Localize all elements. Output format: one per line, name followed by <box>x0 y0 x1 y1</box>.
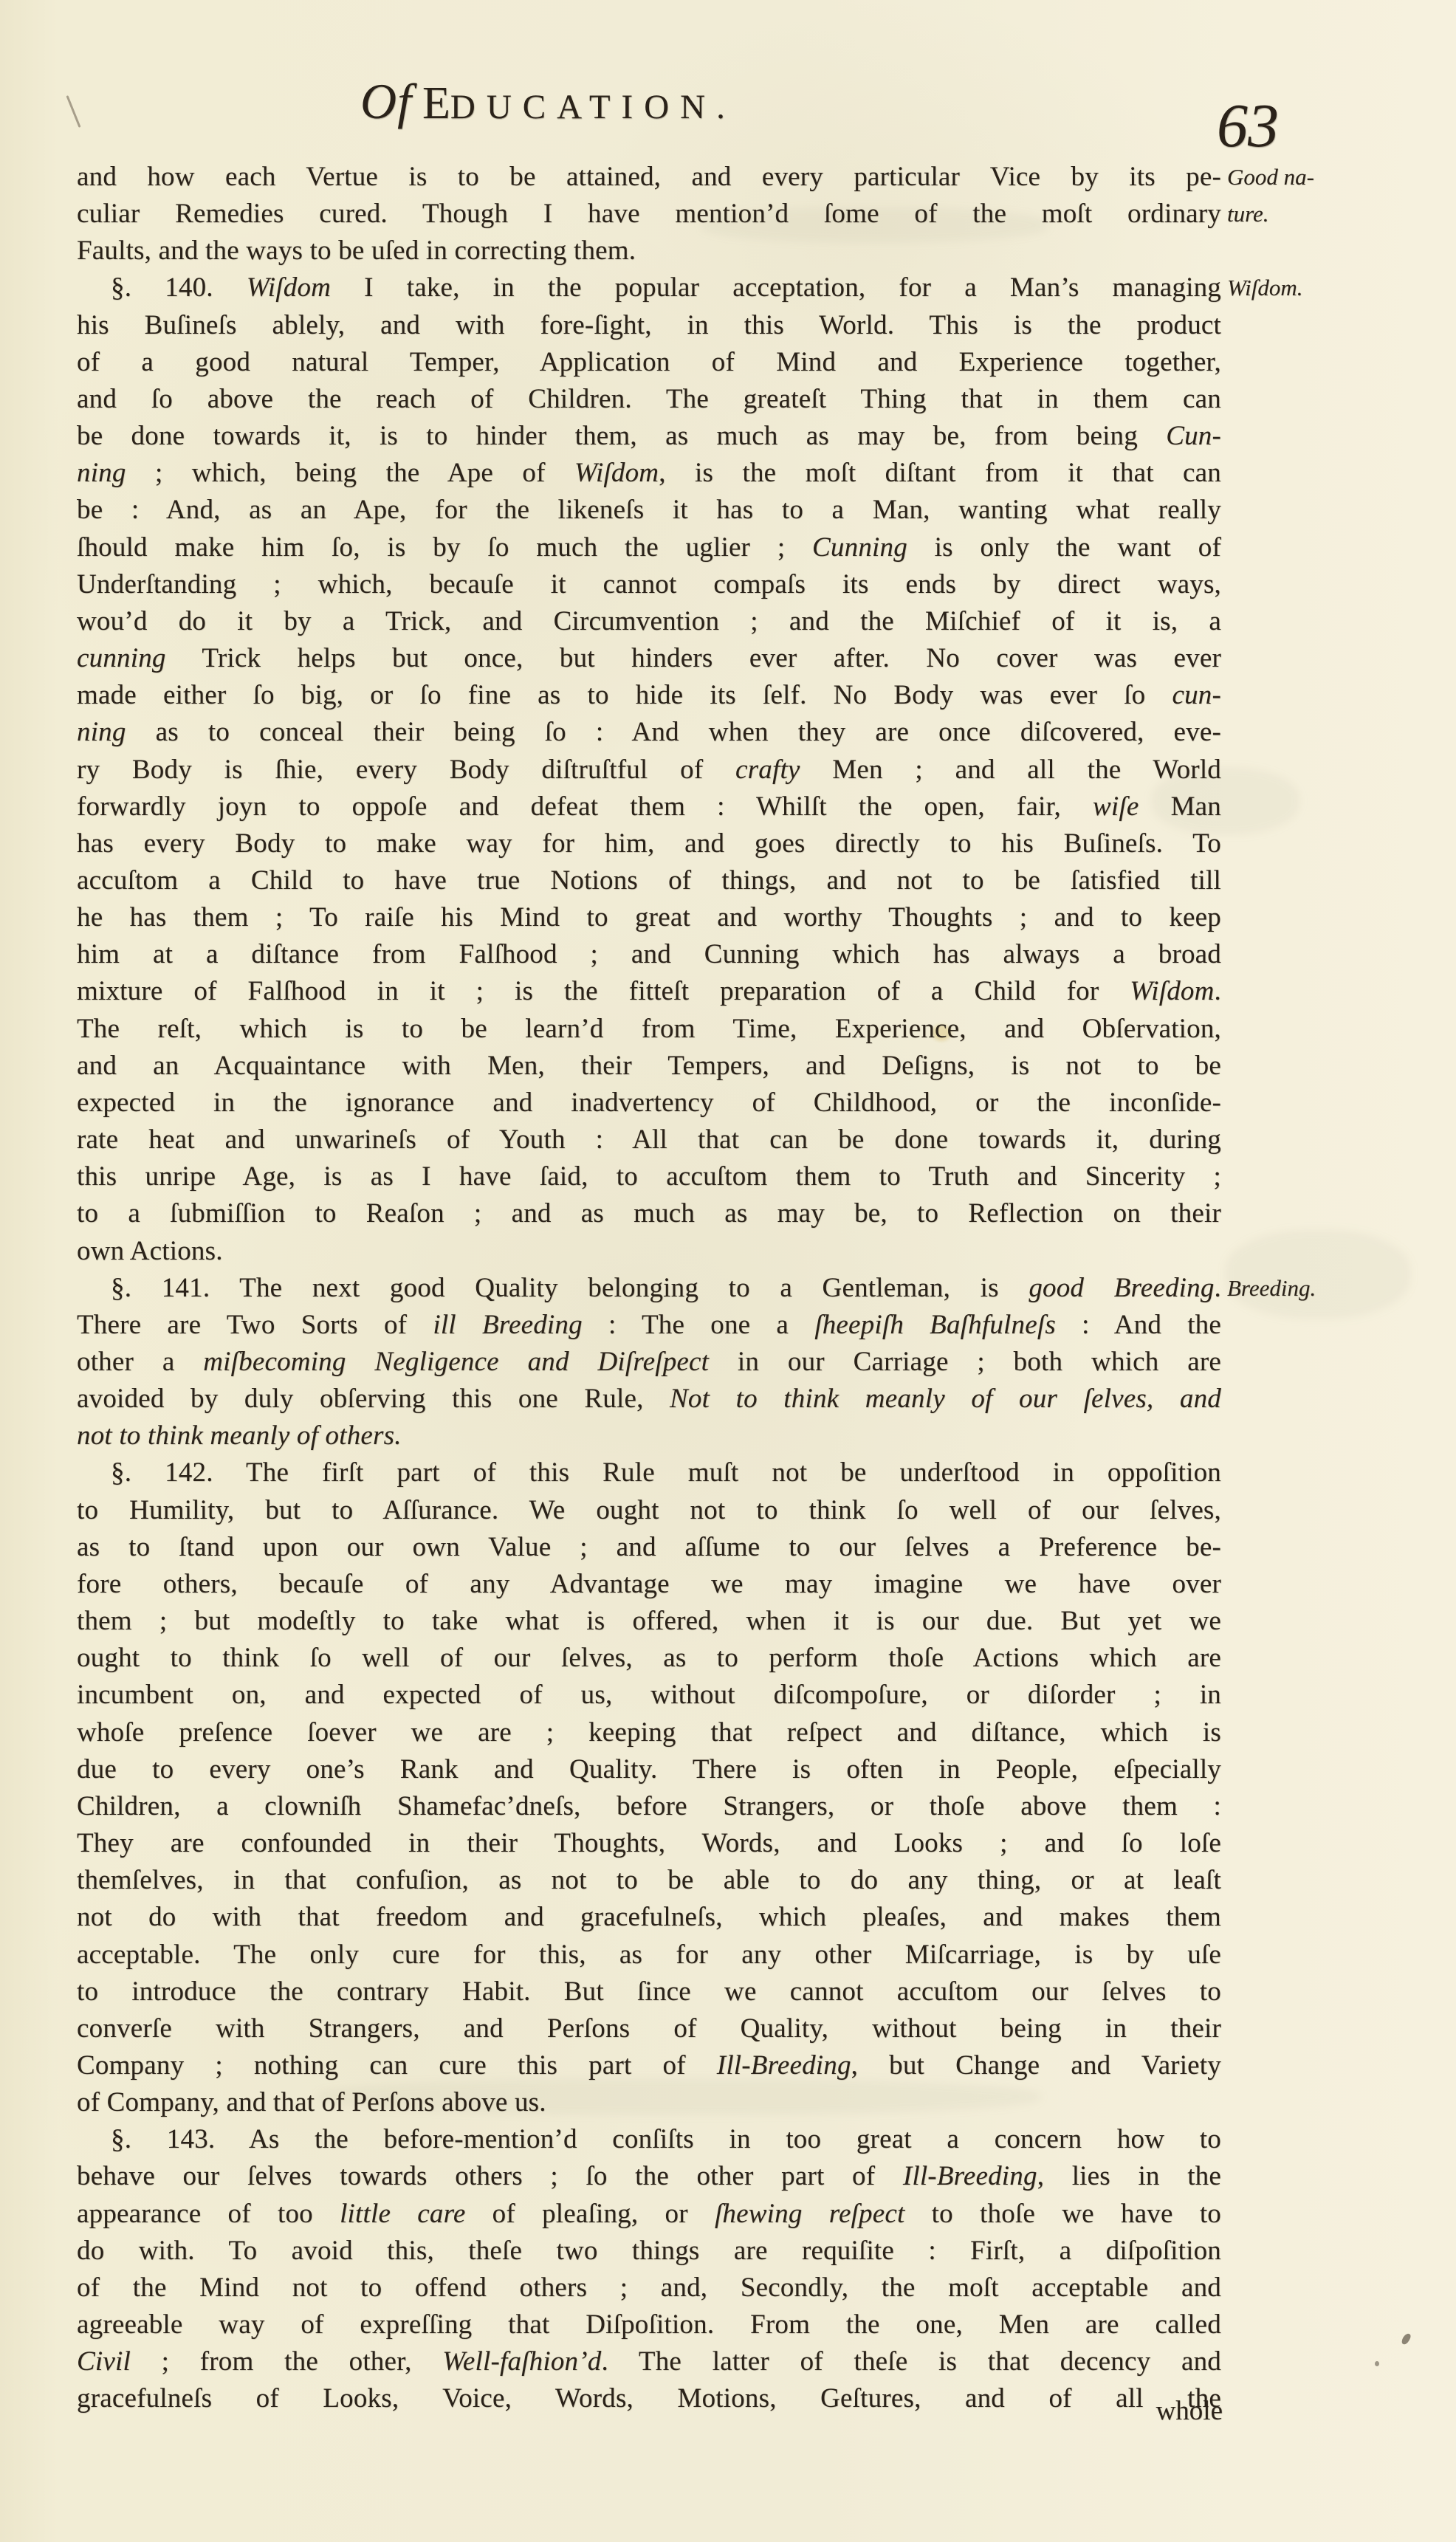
stray-ink-stroke <box>66 95 80 128</box>
text-line: ry Body is ſhie, every Body diſtruſtful … <box>77 752 1221 789</box>
text-line: rate heat and unwarineſs of Youth : All … <box>77 1121 1221 1158</box>
text-line: to introduce the contrary Habit. But ſin… <box>77 1974 1221 2010</box>
text-line: do with. To avoid this, theſe two things… <box>77 2233 1221 2270</box>
text-line: made either ſo big, or ſo fine as to hid… <box>77 677 1221 714</box>
text-line: Civil ; from the other, Well-faſhion’d. … <box>77 2343 1221 2380</box>
text-line: appearance of too little care of pleaſin… <box>77 2196 1221 2233</box>
text-line: be : And, as an Ape, for the likeneſs it… <box>77 492 1221 529</box>
text-line: converſe with Strangers, and Perſons of … <box>77 2010 1221 2047</box>
text-line: incumbent on, and expected of us, withou… <box>77 1677 1221 1714</box>
catchword: whole <box>77 2393 1223 2430</box>
margin-note: Breeding. <box>1227 1270 1316 1307</box>
text-line: ſhould make him ſo, is by ſo much the ug… <box>77 529 1221 566</box>
text-line: agreeable way of expreſſing that Diſpoſi… <box>77 2306 1221 2343</box>
text-line: Company ; nothing can cure this part of … <box>77 2047 1221 2084</box>
text-line: culiar Remedies cured. Though I have men… <box>77 196 1221 233</box>
ink-speck <box>1375 2361 1379 2366</box>
text-line: acceptable. The only cure for this, as f… <box>77 1937 1221 1974</box>
text-line: avoided by duly obſerving this one Rule,… <box>77 1381 1221 1418</box>
text-line: whoſe preſence ſoever we are ; keeping t… <box>77 1714 1221 1751</box>
running-title-of: Of <box>360 73 412 129</box>
text-line: and an Acquaintance with Men, their Temp… <box>77 1048 1221 1085</box>
text-line: accuſtom a Child to have true Notions of… <box>77 862 1221 899</box>
running-title-initial: E <box>422 78 450 128</box>
text-line: ning ; which, being the Ape of Wiſdom, i… <box>77 455 1221 492</box>
text-column: and how each Vertue is to be attained, a… <box>77 159 1221 2418</box>
text-line: §. 140. Wiſdom I take, in the popular ac… <box>77 269 1221 306</box>
text-line: forwardly joyn to oppoſe and defeat them… <box>77 789 1221 825</box>
text-line: §. 142. The firſt part of this Rule muſt… <box>77 1454 1221 1491</box>
text-line: this unripe Age, is as I have ſaid, to a… <box>77 1158 1221 1195</box>
text-line: of the Mind not to offend others ; and, … <box>77 2270 1221 2306</box>
text-line: ning as to conceal their being ſo : And … <box>77 714 1221 751</box>
text-line: be done towards it, is to hinder them, a… <box>77 418 1221 455</box>
ink-speck <box>1401 2332 1412 2346</box>
running-title: OfEDUCATION. <box>360 72 736 131</box>
text-line: wou’d do it by a Trick, and Circumventio… <box>77 603 1221 640</box>
text-line: him at a diſtance from Falſhood ; and Cu… <box>77 936 1221 973</box>
text-line: §. 143. As the before-mention’d conſiſts… <box>77 2121 1221 2158</box>
text-line: They are confounded in their Thoughts, W… <box>77 1825 1221 1862</box>
text-line: behave our ſelves towards others ; ſo th… <box>77 2158 1221 2195</box>
text-line: Children, a clowniſh Shamefac’dneſs, bef… <box>77 1788 1221 1825</box>
margin-note: Wiſdom. <box>1227 269 1302 306</box>
text-line: §. 141. The next good Quality belonging … <box>77 1270 1221 1307</box>
text-line: own Actions. <box>77 1233 1221 1270</box>
margin-note: ture. <box>1227 196 1269 233</box>
text-line: mixture of Falſhood in it ; is the fitte… <box>77 973 1221 1010</box>
text-line: due to every one’s Rank and Quality. The… <box>77 1751 1221 1788</box>
text-line: Underſtanding ; which, becauſe it cannot… <box>77 566 1221 603</box>
text-line: The reſt, which is to be learn’d from Ti… <box>77 1011 1221 1048</box>
text-line: of a good natural Temper, Application of… <box>77 344 1221 381</box>
text-line: he has them ; To raiſe his Mind to great… <box>77 899 1221 936</box>
margin-note: Good na- <box>1227 159 1314 196</box>
page-number: 63 <box>1217 90 1279 162</box>
text-line: as to ſtand upon our own Value ; and aſſ… <box>77 1529 1221 1566</box>
show-through-smudge <box>1226 1230 1410 1319</box>
text-line: expected in the ignorance and inadverten… <box>77 1085 1221 1121</box>
text-line: them ; but modeſtly to take what is offe… <box>77 1603 1221 1640</box>
book-page: OfEDUCATION. 63 and how each Vertue is t… <box>0 0 1456 2542</box>
text-line: ought to think ſo well of our ſelves, as… <box>77 1640 1221 1677</box>
text-line: to a ſubmiſſion to Reaſon ; and as much … <box>77 1195 1221 1232</box>
text-line: to Humility, but to Aſſurance. We ought … <box>77 1492 1221 1529</box>
text-line: other a miſbecoming Negligence and Diſre… <box>77 1344 1221 1381</box>
running-title-rest: DUCATION. <box>450 88 736 126</box>
text-line: There are Two Sorts of ill Breeding : Th… <box>77 1307 1221 1344</box>
text-line: has every Body to make way for him, and … <box>77 825 1221 862</box>
text-line: his Buſineſs ablely, and with fore-ſight… <box>77 307 1221 344</box>
text-line: Faults, and the ways to be uſed in corre… <box>77 233 1221 269</box>
text-line: themſelves, in that confuſion, as not to… <box>77 1862 1221 1899</box>
text-line: not to think meanly of others. <box>77 1418 1221 1454</box>
text-line: fore others, becauſe of any Advantage we… <box>77 1566 1221 1603</box>
text-line: and ſo above the reach of Children. The … <box>77 381 1221 418</box>
text-line: cunning Trick helps but once, but hinder… <box>77 640 1221 677</box>
text-line: of Company, and that of Perſons above us… <box>77 2084 1221 2121</box>
text-line: and how each Vertue is to be attained, a… <box>77 159 1221 196</box>
text-line: not do with that freedom and gracefulneſ… <box>77 1899 1221 1936</box>
